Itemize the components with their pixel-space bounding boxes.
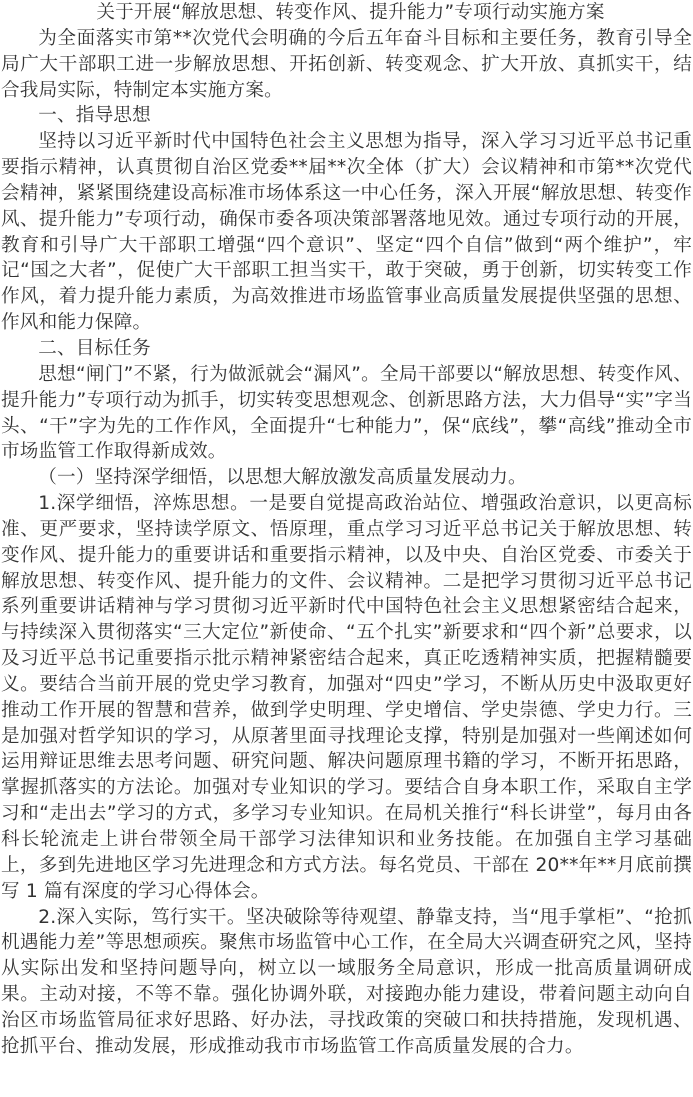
subsection-item: 1.深学细悟，淬炼思想。一是要自觉提高政治站位、增强政治意识，以更高标准、更严要… bbox=[1, 491, 692, 905]
subsection-heading: （一）坚持深学细悟，以思想大解放激发高质量发展动力。 bbox=[1, 465, 692, 491]
intro-paragraph: 为全面落实市第**次党代会明确的今后五年奋斗目标和主要任务，教育引导全局广大干部… bbox=[1, 26, 692, 104]
section-goals-tasks: 二、目标任务 思想“闸门”不紧，行为做派就会“漏风”。全局干部要以“解放思想、转… bbox=[1, 336, 692, 465]
document-page: 关于开展“解放思想、转变作风、提升能力”专项行动实施方案 为全面落实市第**次党… bbox=[0, 0, 693, 1060]
section-paragraph: 思想“闸门”不紧，行为做派就会“漏风”。全局干部要以“解放思想、转变作风、提升能… bbox=[1, 362, 692, 465]
subsection-deep-study: （一）坚持深学细悟，以思想大解放激发高质量发展动力。 1.深学细悟，淬炼思想。一… bbox=[1, 465, 692, 1059]
section-heading: 一、指导思想 bbox=[1, 103, 692, 129]
document-title: 关于开展“解放思想、转变作风、提升能力”专项行动实施方案 bbox=[1, 0, 692, 26]
section-guiding-ideology: 一、指导思想 坚持以习近平新时代中国特色社会主义思想为指导，深入学习习近平总书记… bbox=[1, 103, 692, 336]
subsection-item: 2.深入实际，笃行实干。坚决破除等待观望、静靠支持，当“甩手掌柜”、“抢抓机遇能… bbox=[1, 905, 692, 1060]
section-paragraph: 坚持以习近平新时代中国特色社会主义思想为指导，深入学习习近平总书记重要指示精神，… bbox=[1, 129, 692, 336]
section-heading: 二、目标任务 bbox=[1, 336, 692, 362]
